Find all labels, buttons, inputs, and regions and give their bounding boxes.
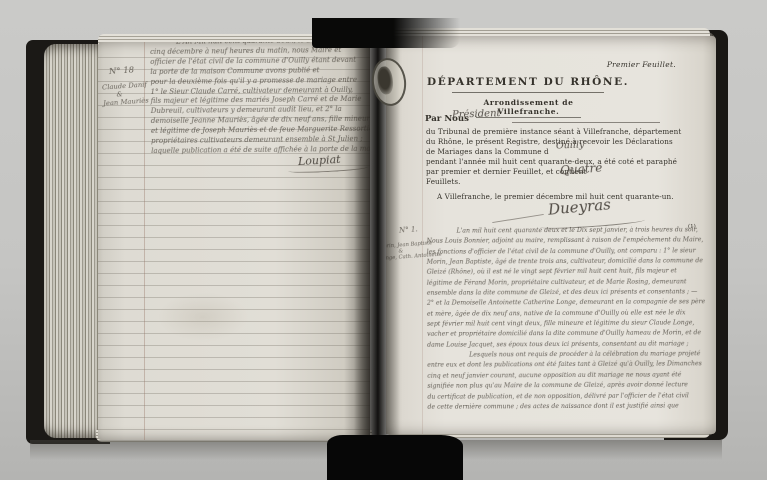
handwritten-act-left: L'An Mil huit cent quarante deux, le Dix… — [150, 42, 370, 157]
left-page: N° 18 Claude Danif & Jean Mauriès L'An M… — [98, 42, 370, 440]
department-title: DÉPARTEMENT DU RHÔNE. — [408, 76, 648, 88]
form-line: Feuillets. — [426, 177, 461, 186]
folio-label: Premier Feuillet. — [556, 60, 676, 69]
form-line: pendant l'année mil huit cent quarante-d… — [426, 157, 677, 166]
ink-flourish — [492, 214, 544, 223]
stamp-figure — [376, 66, 394, 96]
handwritten-act-right: L'an mil huit cent quarante deux et le D… — [427, 225, 700, 413]
blank-rule — [512, 122, 660, 123]
form-line: de Mariages dans la Commune d — [426, 147, 549, 156]
spine-bottom-shadow — [327, 435, 463, 480]
handwriting-line: signifiée non plus qu'au Maire de la com… — [427, 380, 699, 392]
spine-top-shadow — [312, 18, 460, 48]
page-edge-stack-left — [44, 44, 106, 438]
paper-stain — [158, 292, 248, 342]
handwriting-line: de cette dernière commune ; des actes de… — [427, 401, 699, 413]
form-line: du Rhône, le présent Registre, destiné à… — [426, 137, 673, 146]
feuillets-count-handwritten: Quatre — [560, 161, 603, 178]
act-number-label: N° 18 — [101, 64, 147, 77]
register-book-photo: N° 18 Claude Danif & Jean Mauriès L'An M… — [0, 0, 767, 480]
form-line: du Tribunal de première instance séant à… — [426, 127, 681, 136]
title-rule — [452, 92, 604, 93]
president-handwritten: Président — [452, 108, 501, 121]
right-page: Premier Feuillet. DÉPARTEMENT DU RHÔNE. … — [386, 36, 716, 434]
left-margin-note: N° 18 Claude Danif & Jean Mauriès — [101, 64, 149, 107]
commune-handwritten: Ouilly — [556, 139, 585, 151]
